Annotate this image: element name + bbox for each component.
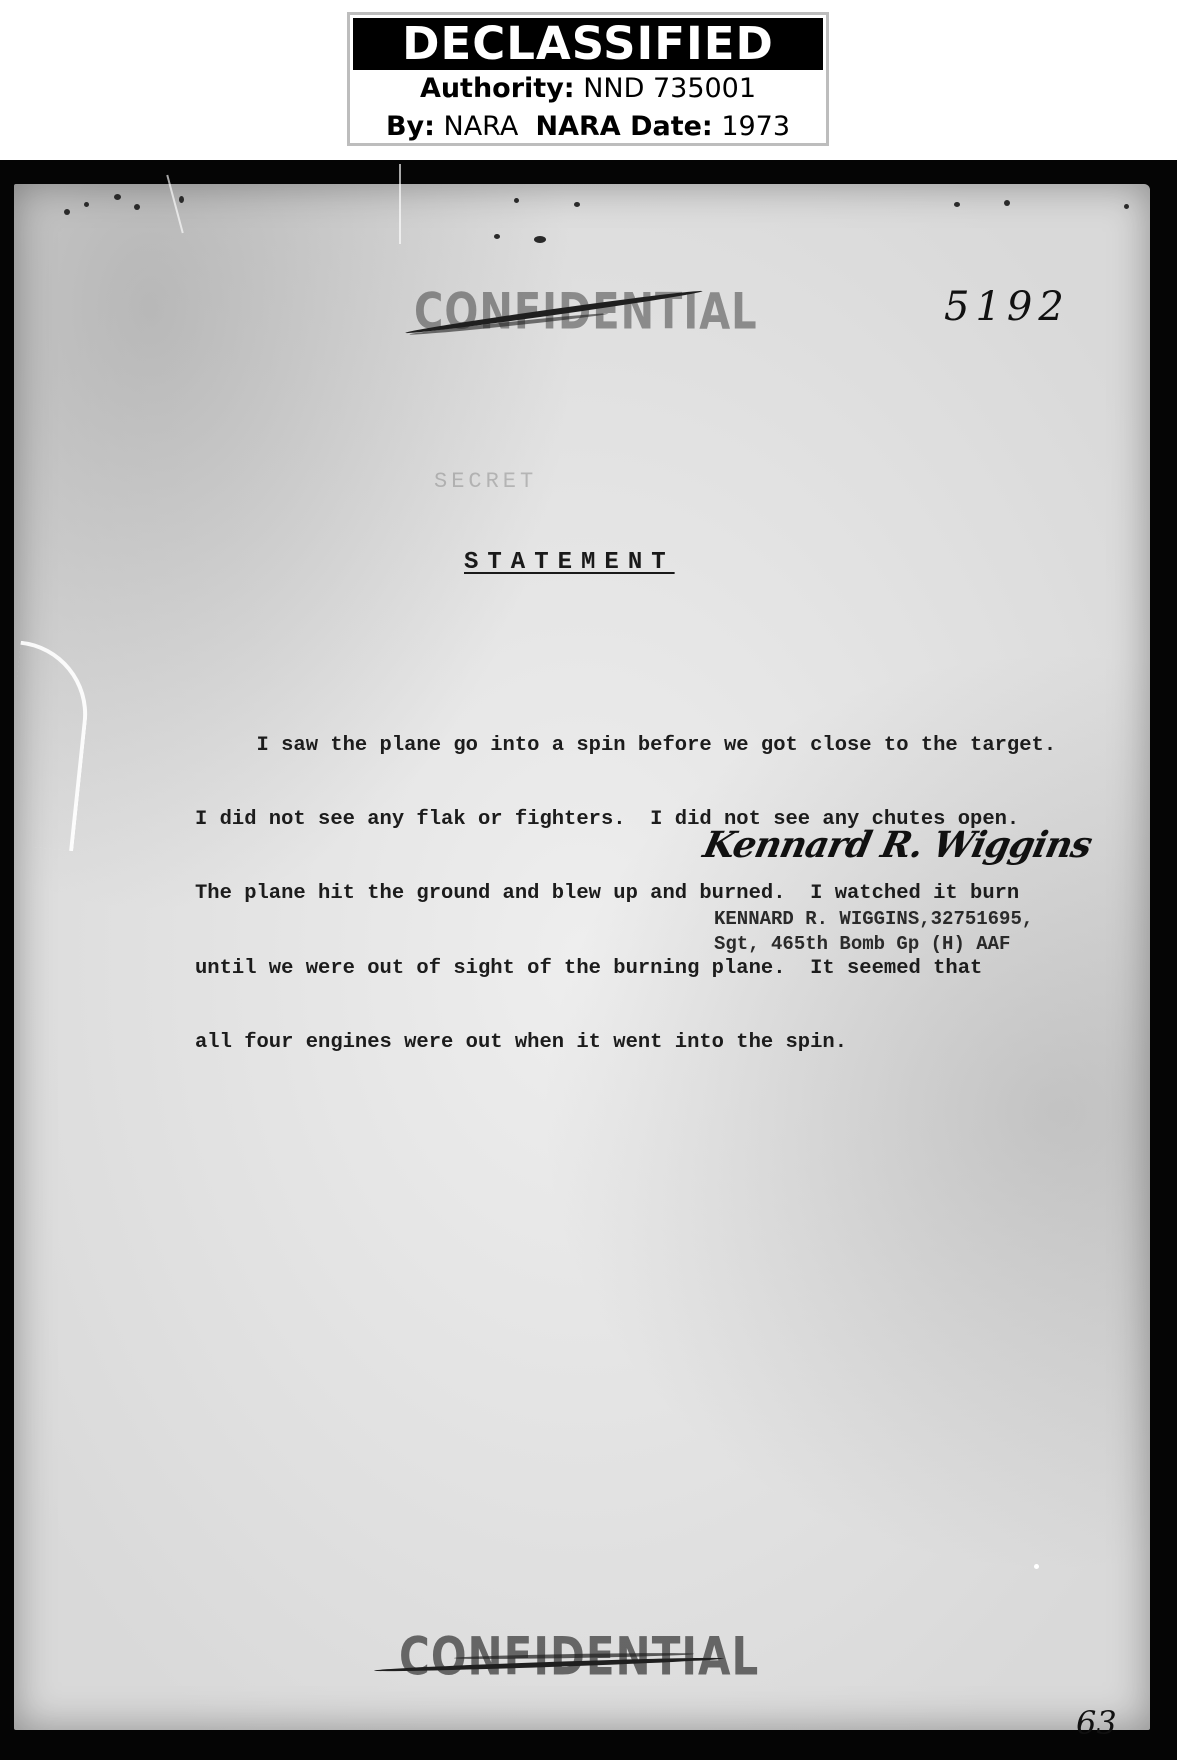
scan-artifact [0, 641, 94, 852]
speck [1004, 200, 1010, 206]
stamp-by-date: By: NARA NARA Date: 1973 [350, 111, 826, 142]
authority-label: Authority: [420, 73, 575, 104]
authority-value: NND 735001 [583, 73, 756, 104]
document-title: STATEMENT [464, 549, 675, 576]
speck [84, 202, 89, 207]
by-label: By: [386, 111, 435, 142]
speck [64, 209, 70, 215]
speck [494, 234, 500, 239]
speck [1034, 1564, 1039, 1569]
page-number: 63 [1076, 1704, 1117, 1742]
signer-name-serial: KENNARD R. WIGGINS,32751695, [714, 907, 1033, 932]
speck [179, 196, 184, 203]
document-page: CONFIDENTIAL 5192 SECRET STATEMENT I saw… [14, 184, 1150, 1730]
speck [134, 204, 140, 210]
body-line: all four engines were out when it went i… [195, 1031, 1095, 1056]
speck [114, 194, 121, 200]
faint-marking: SECRET [434, 469, 537, 494]
speck [574, 202, 580, 207]
scratch [399, 164, 401, 244]
speck [534, 236, 546, 243]
speck [514, 198, 519, 203]
by-value: NARA [444, 111, 519, 142]
declassification-stamp: DECLASSIFIED Authority: NND 735001 By: N… [347, 12, 829, 146]
signer-rank-unit: Sgt, 465th Bomb Gp (H) AAF [714, 932, 1033, 957]
handwritten-signature: Kennard R. Wiggins [700, 824, 1096, 866]
date-label: NARA Date: [536, 111, 713, 142]
date-value: 1973 [721, 111, 790, 142]
body-line: until we were out of sight of the burnin… [195, 957, 1095, 982]
file-number: 5192 [944, 284, 1070, 330]
stamp-heading: DECLASSIFIED [353, 18, 823, 70]
speck [954, 202, 960, 207]
speck [1124, 204, 1129, 209]
scanned-page-background: CONFIDENTIAL 5192 SECRET STATEMENT I saw… [0, 160, 1177, 1760]
stamp-authority: Authority: NND 735001 [350, 73, 826, 104]
statement-body: I saw the plane go into a spin before we… [195, 684, 1095, 1106]
body-line: The plane hit the ground and blew up and… [195, 882, 1095, 907]
classification-marking-top: CONFIDENTIAL [414, 283, 758, 341]
scratch [166, 175, 183, 233]
signer-block: KENNARD R. WIGGINS,32751695, Sgt, 465th … [714, 907, 1033, 956]
body-line: I saw the plane go into a spin before we… [195, 734, 1095, 759]
